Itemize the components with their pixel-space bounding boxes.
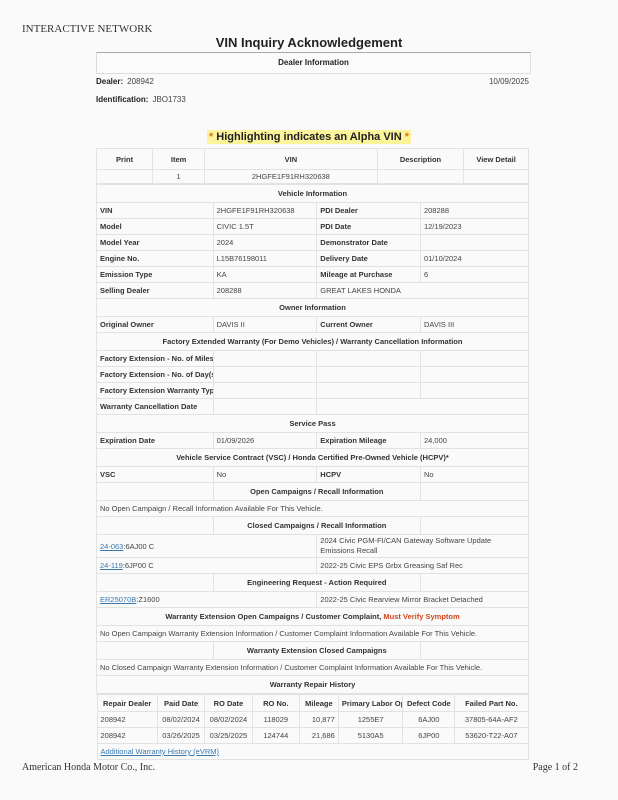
table-row: Selling Dealer 208288 GREAT LAKES HONDA	[97, 283, 529, 299]
hcpv-value: No	[420, 467, 528, 483]
col-primary-labor-op: Primary Labor Op.	[338, 695, 403, 712]
ro-no-cell: 124744	[252, 728, 299, 744]
closed-campaign-description: 2024 Civic PGM-FI/CAN Gateway Software U…	[317, 535, 529, 558]
owner-information-header: Owner Information	[97, 299, 529, 317]
col-description: Description	[377, 149, 463, 170]
engine-no-value: L15B76198011	[213, 251, 317, 267]
mileage-cell: 21,686	[300, 728, 339, 744]
table-row: 24-063:6AJ00 C 2024 Civic PGM-FI/CAN Gat…	[97, 535, 529, 558]
footer-page-number: Page 1 of 2	[533, 762, 578, 773]
col-ro-no: RO No.	[252, 695, 299, 712]
closed-campaign-description: 2022-25 Civic EPS Grbx Greasing Saf Rec	[317, 558, 529, 574]
paid-date-cell: 03/26/2025	[157, 728, 204, 744]
pdi-dealer-value: 208288	[420, 203, 528, 219]
vsc-header: Vehicle Service Contract (VSC) / Honda C…	[97, 449, 529, 467]
pdi-date-label: PDI Date	[317, 219, 421, 235]
engine-no-label: Engine No.	[97, 251, 214, 267]
identification-value: JBO1733	[152, 95, 185, 104]
defect-code-cell: 6JP00	[403, 728, 455, 744]
paid-date-cell: 08/02/2024	[157, 712, 204, 728]
vehicle-detail-table: Vehicle Information VIN 2HGFE1F91RH32063…	[96, 184, 529, 760]
vin-cell: 2HGFE1F91RH320638	[204, 170, 377, 184]
selling-dealer-value: 208288	[213, 283, 317, 299]
warranty-ext-closed-message: No Closed Campaign Warranty Extension In…	[97, 660, 529, 676]
table-row: ER25070B:Z1600 2022-25 Civic Rearview Mi…	[97, 592, 529, 608]
delivery-date-label: Delivery Date	[317, 251, 421, 267]
col-defect-code: Defect Code	[403, 695, 455, 712]
emission-type-label: Emission Type	[97, 267, 214, 283]
engineering-request-link[interactable]: ER25070B	[100, 595, 136, 604]
failed-part-cell: 53620-T22-A07	[455, 728, 528, 744]
col-vin: VIN	[204, 149, 377, 170]
dealer-row: Dealer:208942 10/09/2025	[96, 77, 529, 86]
warranty-ext-open-message: No Open Campaign Warranty Extension Info…	[97, 626, 529, 642]
defect-code-cell: 6AJ00	[403, 712, 455, 728]
print-cell[interactable]	[97, 170, 153, 184]
page-title: VIN Inquiry Acknowledgement	[0, 35, 618, 50]
campaign-link-24-063[interactable]: 24-063	[100, 542, 123, 551]
factory-ext-type-label: Factory Extension Warranty Type	[97, 383, 214, 399]
table-row: Factory Extension - No. of Day(s)	[97, 367, 529, 383]
labor-op-cell: 5130A5	[338, 728, 403, 744]
dealer-information-header: Dealer Information	[96, 52, 531, 74]
factory-ext-days-label: Factory Extension - No. of Day(s)	[97, 367, 214, 383]
vsc-value: No	[213, 467, 317, 483]
engineering-request-code: ER25070B:Z1600	[97, 592, 317, 608]
col-repair-dealer: Repair Dealer	[97, 695, 157, 712]
original-owner-value: DAVIS II	[213, 317, 317, 333]
vin-label: VIN	[97, 203, 214, 219]
ro-date-cell: 08/02/2024	[205, 712, 252, 728]
warranty-ext-closed-header: Warranty Extension Closed Campaigns	[213, 642, 420, 660]
ro-date-cell: 03/25/2025	[205, 728, 252, 744]
hcpv-label: HCPV	[317, 467, 421, 483]
demonstrator-date-label: Demonstrator Date	[317, 235, 421, 251]
table-row: VSC No HCPV No	[97, 467, 529, 483]
additional-warranty-history-link[interactable]: Additional Warranty History (eVRM)	[101, 747, 220, 756]
model-year-value: 2024	[213, 235, 317, 251]
table-row: No Closed Campaign Warranty Extension In…	[97, 660, 529, 676]
campaign-link-24-119[interactable]: 24-119	[100, 561, 123, 570]
identification-label: Identification:	[96, 95, 148, 104]
table-row: No Open Campaign Warranty Extension Info…	[97, 626, 529, 642]
engineering-request-description: 2022-25 Civic Rearview Mirror Bracket De…	[317, 592, 529, 608]
model-label: Model	[97, 219, 214, 235]
selling-dealer-label: Selling Dealer	[97, 283, 214, 299]
table-row: Engine No. L15B76198011 Delivery Date 01…	[97, 251, 529, 267]
warranty-cancellation-date-label: Warranty Cancellation Date	[97, 399, 214, 415]
closed-campaign-code: 24-119:6JP00 C	[97, 558, 317, 574]
table-row: Factory Extension Warranty Type	[97, 383, 529, 399]
table-row: VIN 2HGFE1F91RH320638 PDI Dealer 208288	[97, 203, 529, 219]
table-row: No Open Campaign / Recall Information Av…	[97, 501, 529, 517]
open-campaigns-message: No Open Campaign / Recall Information Av…	[97, 501, 529, 517]
vin-summary-table: Print Item VIN Description View Detail 1…	[96, 148, 529, 184]
closed-campaigns-header: Closed Campaigns / Recall Information	[213, 517, 420, 535]
selling-dealer-name: GREAT LAKES HONDA	[317, 283, 529, 299]
table-row: Warranty Cancellation Date	[97, 399, 529, 415]
expiration-mileage-label: Expiration Mileage	[317, 433, 421, 449]
table-row: Emission Type KA Mileage at Purchase 6	[97, 267, 529, 283]
factory-extension-header: Factory Extended Warranty (For Demo Vehi…	[97, 333, 529, 351]
item-cell: 1	[153, 170, 205, 184]
pdi-date-value: 12/19/2023	[420, 219, 528, 235]
dealer-label: Dealer:	[96, 77, 123, 86]
emission-type-value: KA	[213, 267, 317, 283]
identification-row: Identification:JBO1733	[96, 95, 529, 104]
table-row: 1 2HGFE1F91RH320638	[97, 170, 529, 184]
mileage-at-purchase-label: Mileage at Purchase	[317, 267, 421, 283]
repair-history-table: Repair Dealer Paid Date RO Date RO No. M…	[97, 694, 529, 760]
table-row: 24-119:6JP00 C 2022-25 Civic EPS Grbx Gr…	[97, 558, 529, 574]
view-detail-cell[interactable]	[464, 170, 529, 184]
col-print: Print	[97, 149, 153, 170]
original-owner-label: Original Owner	[97, 317, 214, 333]
delivery-date-value: 01/10/2024	[420, 251, 528, 267]
col-mileage: Mileage	[300, 695, 339, 712]
vehicle-information-header: Vehicle Information	[97, 185, 529, 203]
description-cell	[377, 170, 463, 184]
repair-history-header: Warranty Repair History	[97, 676, 529, 694]
col-failed-part-no: Failed Part No.	[455, 695, 528, 712]
footer-company: American Honda Motor Co., Inc.	[22, 762, 155, 773]
current-owner-label: Current Owner	[317, 317, 421, 333]
vin-value: 2HGFE1F91RH320638	[213, 203, 317, 219]
table-row: 208942 08/02/2024 08/02/2024 118029 10,8…	[97, 712, 528, 728]
table-row: Model Year 2024 Demonstrator Date	[97, 235, 529, 251]
table-row: Model CIVIC 1.5T PDI Date 12/19/2023	[97, 219, 529, 235]
labor-op-cell: 1255E7	[338, 712, 403, 728]
vsc-label: VSC	[97, 467, 214, 483]
table-row: Factory Extension - No. of Miles	[97, 351, 529, 367]
table-row: 208942 03/26/2025 03/25/2025 124744 21,6…	[97, 728, 528, 744]
mileage-cell: 10,877	[300, 712, 339, 728]
expiration-mileage-value: 24,000	[420, 433, 528, 449]
network-label: INTERACTIVE NETWORK	[22, 23, 152, 35]
current-owner-value: DAVIS III	[420, 317, 528, 333]
col-ro-date: RO Date	[205, 695, 252, 712]
pdi-dealer-label: PDI Dealer	[317, 203, 421, 219]
alpha-vin-note: * Highlighting indicates an Alpha VIN *	[207, 130, 411, 144]
expiration-date-label: Expiration Date	[97, 433, 214, 449]
dealer-value: 208942	[127, 77, 154, 86]
table-row: Expiration Date 01/09/2026 Expiration Mi…	[97, 433, 529, 449]
col-view-detail: View Detail	[464, 149, 529, 170]
open-campaigns-header: Open Campaigns / Recall Information	[213, 483, 420, 501]
must-verify-symptom-alert: Must Verify Symptom	[383, 612, 459, 621]
service-pass-header: Service Pass	[97, 415, 529, 433]
warranty-ext-open-header: Warranty Extension Open Campaigns / Cust…	[97, 608, 529, 626]
ro-no-cell: 118029	[252, 712, 299, 728]
expiration-date-value: 01/09/2026	[213, 433, 317, 449]
col-paid-date: Paid Date	[157, 695, 204, 712]
failed-part-cell: 37805-64A-AF2	[455, 712, 528, 728]
col-item: Item	[153, 149, 205, 170]
factory-ext-miles-label: Factory Extension - No. of Miles	[97, 351, 214, 367]
report-date: 10/09/2025	[489, 77, 529, 86]
mileage-at-purchase-value: 6	[420, 267, 528, 283]
model-value: CIVIC 1.5T	[213, 219, 317, 235]
repair-dealer-cell: 208942	[97, 712, 157, 728]
demonstrator-date-value	[420, 235, 528, 251]
repair-dealer-cell: 208942	[97, 728, 157, 744]
closed-campaign-code: 24-063:6AJ00 C	[97, 535, 317, 558]
table-row: Original Owner DAVIS II Current Owner DA…	[97, 317, 529, 333]
model-year-label: Model Year	[97, 235, 214, 251]
engineering-request-header: Engineering Request - Action Required	[213, 574, 420, 592]
